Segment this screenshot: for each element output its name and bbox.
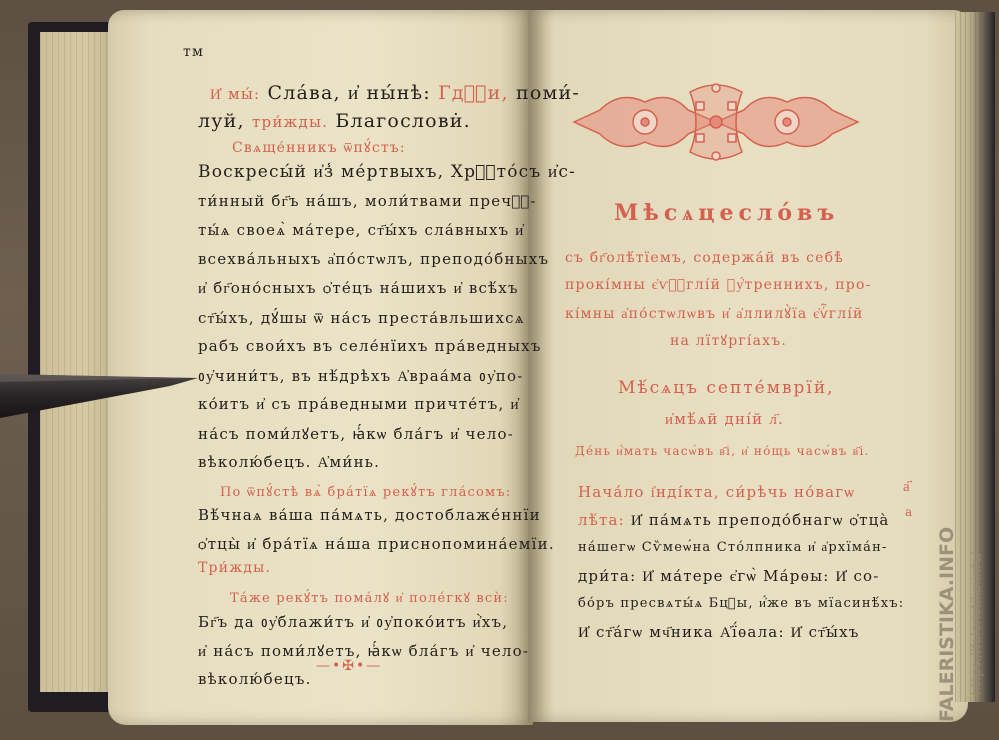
days-line: и҆мѣ́ѧй дні́й л҃.	[665, 410, 784, 429]
text-span: Благослови̇.	[335, 110, 471, 132]
footer-ornament: —•✠•—	[316, 658, 382, 674]
watermark-brand: FALERISTIKA.INFO	[936, 532, 958, 722]
floral-ornament-icon	[570, 80, 862, 164]
text-line: И҆ мы́: Сла́ва, и҆ ны́нѣ: Гдⷭ҇и, поми́-	[210, 82, 580, 105]
entry-line: лѣ́та: И҆ па́мѧть преподо́бнагѡ ѻ҆тца̀	[578, 511, 890, 530]
text-span: луй,	[198, 110, 245, 132]
entry-line: дри́та: И҆ ма́тере є҆гѡ̀ Ма́рѳы: И҆ со-	[578, 567, 880, 586]
subtitle-line: съ бг҃олѣ́тїемъ, содержа́й въ себѣ̀	[565, 250, 844, 267]
text-line: ти́нный бг҃ъ на́шъ, моли́твами пречⷭ҇-	[198, 192, 537, 211]
rubric: Нача́ло і҆нді́кта, си́рѣчь но́вагѡ	[578, 483, 855, 501]
page-number: тм	[183, 44, 204, 60]
rubric: И҆ мы́:	[210, 85, 260, 103]
text-span: И҆ па́мѧть преподо́бнагѡ ѻ҆тца̀	[631, 511, 890, 529]
text-line: ѻ҆тцы̀ и҆ бра́тїѧ на́ша приснопомина́емї…	[198, 535, 555, 554]
text-line: луй, три́жды. Благослови̇.	[198, 110, 471, 132]
rubric-heading: Свѧще́нникъ ѿпꙋ́стъ:	[232, 138, 406, 157]
rubric-heading: Три́жды.	[198, 560, 271, 576]
text-line: на́съ поми́лꙋетъ, ꙗ҆́кѡ бла́гъ и҆ чело-	[198, 424, 514, 444]
text-line: Вѣ́чнаѧ ва́ша па́мѧть, достоблаже́ннїи	[198, 506, 541, 525]
subtitle-line: на лїтꙋргі́ахъ.	[670, 331, 787, 350]
text-line: ᲂу҆чини́тъ, въ нѣ́дрѣхъ А҆враа́ма ᲂу҆по-	[198, 366, 523, 386]
watermark: FALERISTIKA.INFO https://faleristika.inf…	[922, 530, 974, 722]
rubric: три́жды.	[252, 113, 328, 131]
text-line: всехва́льныхъ а҆по́стѡлъ, преподо́бныхъ	[198, 250, 549, 269]
text-line: и҆ бг҃оно́сныхъ ѻ҆те́цъ на́шихъ и҆ всѣ́х…	[198, 279, 519, 298]
text-line: Воскресы́й и҆з̾ ме́ртвыхъ, Хрⷭ҇то́съ и҆с…	[198, 162, 576, 182]
rubric: Гдⷭ҇и,	[438, 82, 509, 104]
entry-line: И҆ ст҃а́гѡ мч҃ника А҆ї́ѳала: И҆ ст҃ы́хъ	[578, 623, 860, 642]
entry-line: бо́ръ пресвѧты́ѧ Бцⷣы, и҆́же въ мїасинѣ́…	[578, 595, 904, 611]
text-line: Бг҃ъ да ᲂу҆блажи́тъ и҆ ᲂу҆поко́итъ и҆̀хъ…	[198, 612, 508, 632]
text-line: ты́ѧ своеѧ̀ ма́тере, ст҃ы́хъ сла́вныхъ и…	[198, 221, 525, 240]
rubric-heading: По ѿпꙋ́стѣ вѧ̀ бра́тїѧ рекꙋ́тъ гла́сомъ:	[220, 482, 511, 500]
text-line: рабъ свои́хъ въ селе́нїихъ пра́ведныхъ	[198, 337, 542, 355]
rubric: лѣ́та:	[578, 511, 625, 529]
hours-line: Де́нь и҆́мать часѡ́въ в҃і, и҆ но́щь часѡ…	[575, 444, 870, 459]
margin-date: а	[905, 505, 913, 519]
margin-date: а҃	[903, 477, 911, 496]
entry-line: Нача́ло і҆нді́кта, си́рѣчь но́вагѡ	[578, 483, 855, 502]
subtitle-line: кі́мны а҆по́стѡлѡвъ и҆ а҆ллилꙋ̀їа є҆ѵⷢ҇г…	[565, 304, 864, 323]
text-line: ст҃ы́хъ, дꙋ́шы ѿ на́съ преста́вльшихсѧ	[198, 308, 525, 328]
text-line: вѣколю́бецъ.	[198, 670, 312, 688]
rubric-heading: Та́же рекꙋ́тъ пома́лꙋ и҆ поле́гкꙋ всѝ:	[230, 588, 509, 606]
month-heading: Мѣ́сѧцъ септе́мврїй,	[618, 378, 835, 398]
subtitle-line: прокі́мны є҆ѵⷢ҇глі́й ᲂу҆́треннихъ, про-	[565, 277, 872, 294]
text-line: вѣколю́бецъ. А҆ми́нь.	[198, 453, 380, 472]
knife-blade-icon	[0, 368, 200, 424]
text-span: Сла́ва, и҆ ны́нѣ:	[268, 82, 431, 104]
book-title: Мѣсѧцесло́въ	[614, 200, 839, 226]
text-line: ко́итъ и҆ съ пра́ведными причте́тъ, и҆	[198, 395, 520, 414]
entry-line: на́шегѡ Сѷмеѡ́на Сто́лпника и҆ а҆рхїма́н…	[578, 539, 888, 555]
watermark-url: https://faleristika.info/	[970, 529, 985, 719]
